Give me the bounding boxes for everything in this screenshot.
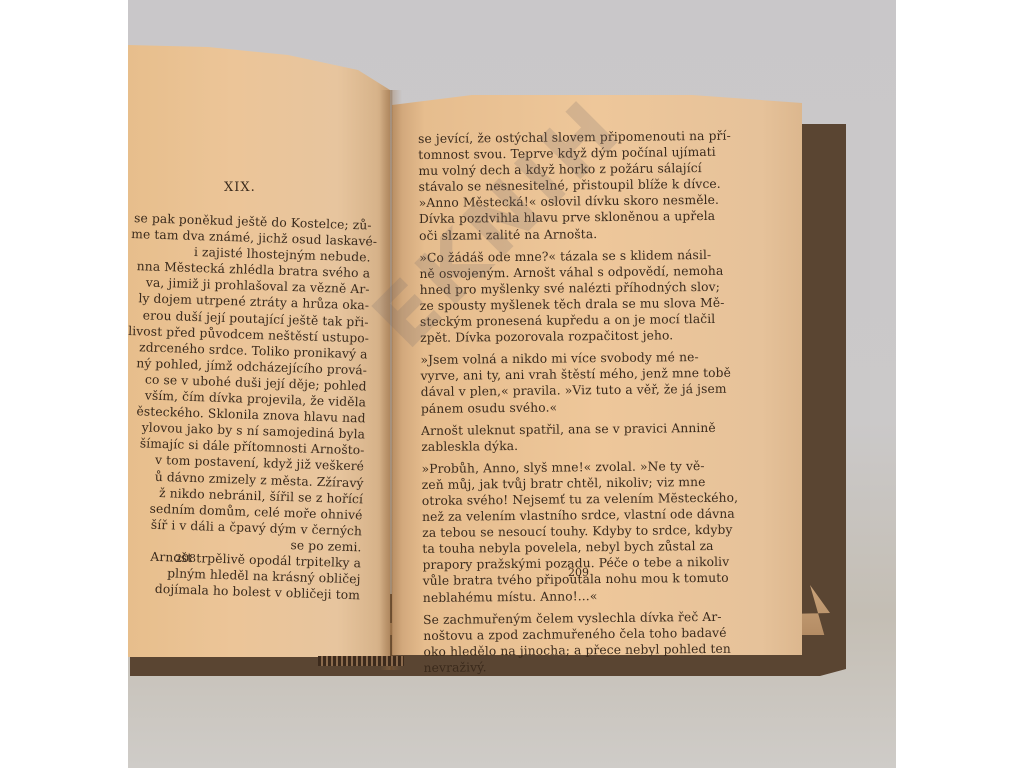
text-line: Dívka pozdvihla hlavu prve skloněnou a u… — [419, 208, 711, 227]
text-line: oko hledělo na jinocha; a přece nebyl po… — [423, 641, 715, 660]
spine-headband — [318, 656, 404, 666]
page-number-right: 209 — [568, 566, 589, 579]
text-line: Arnošt uleknut spatřil, ana se v pravici… — [421, 420, 713, 439]
page-number-left: 208 — [175, 552, 196, 565]
left-page-text: se pak poněkud ještě do Kostelce; zů- me… — [120, 210, 372, 604]
text-line: dával v plen,« pravila. »Viz tuto a věř,… — [421, 381, 713, 400]
text-line: zpět. Dívka pozorovala rozpačitost jeho. — [420, 327, 712, 346]
book-gutter — [380, 90, 402, 670]
right-page-text: se jevící, že ostýchal slovem připomenou… — [418, 128, 716, 676]
chapter-heading: XIX. — [224, 180, 256, 195]
text-line: nevraživý. — [424, 657, 716, 676]
